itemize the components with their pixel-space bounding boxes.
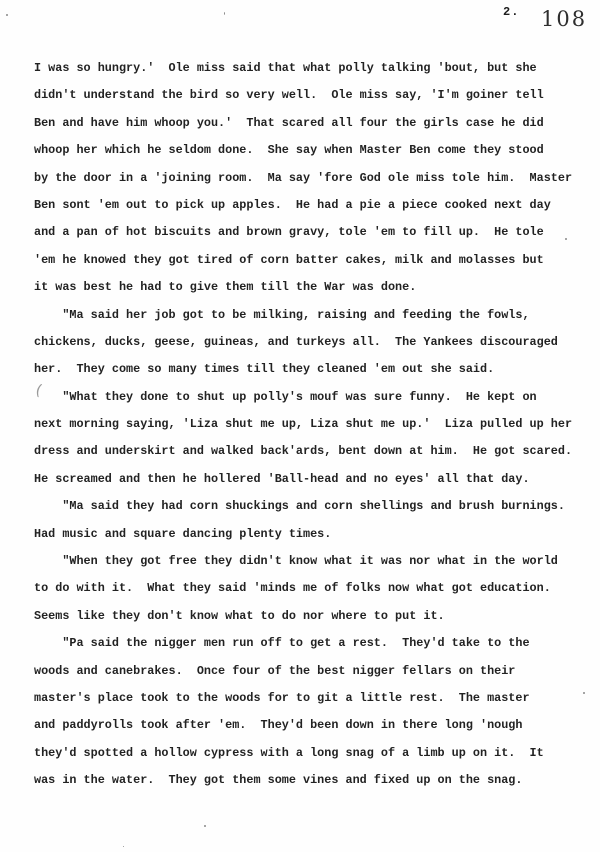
paper-speck bbox=[123, 846, 124, 847]
text-line: whoop her which he seldom done. She say … bbox=[34, 137, 594, 164]
text-line: chickens, ducks, geese, guineas, and tur… bbox=[34, 329, 594, 356]
paper-speck bbox=[565, 238, 567, 240]
text-line: Ben and have him whoop you.' That scared… bbox=[34, 110, 594, 137]
folio-stamp-number: 108 bbox=[541, 7, 587, 31]
text-line: Ben sont 'em out to pick up apples. He h… bbox=[34, 192, 594, 219]
text-line: was in the water. They got them some vin… bbox=[34, 767, 594, 794]
text-line: master's place took to the woods for to … bbox=[34, 685, 594, 712]
text-line: "When they got free they didn't know wha… bbox=[34, 548, 594, 575]
text-line: 'em he knowed they got tired of corn bat… bbox=[34, 247, 594, 274]
text-line: "Pa said the nigger men run off to get a… bbox=[34, 630, 594, 657]
paper-speck bbox=[224, 12, 225, 15]
text-line: didn't understand the bird so very well.… bbox=[34, 82, 594, 109]
text-line: they'd spotted a hollow cypress with a l… bbox=[34, 740, 594, 767]
text-line: "Ma said they had corn shuckings and cor… bbox=[34, 493, 594, 520]
text-line: "Ma said her job got to be milking, rais… bbox=[34, 302, 594, 329]
text-line: I was so hungry.' Ole miss said that wha… bbox=[34, 55, 594, 82]
typewritten-text: I was so hungry.' Ole miss said that wha… bbox=[34, 55, 594, 795]
text-line: her. They come so many times till they c… bbox=[34, 356, 594, 383]
text-line: Had music and square dancing plenty time… bbox=[34, 521, 594, 548]
text-line: and a pan of hot biscuits and brown grav… bbox=[34, 219, 594, 246]
document-page: 2. 108 I was so hungry.' Ole miss said t… bbox=[0, 0, 600, 852]
text-line: dress and underskirt and walked back'ard… bbox=[34, 438, 594, 465]
text-line: woods and canebrakes. Once four of the b… bbox=[34, 658, 594, 685]
text-line: and paddyrolls took after 'em. They'd be… bbox=[34, 712, 594, 739]
text-line: Seems like they don't know what to do no… bbox=[34, 603, 594, 630]
paper-speck bbox=[532, 563, 533, 565]
text-line: by the door in a 'joining room. Ma say '… bbox=[34, 165, 594, 192]
page-number: 2. bbox=[503, 5, 519, 19]
paper-speck bbox=[583, 692, 585, 694]
text-line: He screamed and then he hollered 'Ball-h… bbox=[34, 466, 594, 493]
text-line: it was best he had to give them till the… bbox=[34, 274, 594, 301]
paper-speck bbox=[204, 825, 206, 827]
text-line: next morning saying, 'Liza shut me up, L… bbox=[34, 411, 594, 438]
paper-speck bbox=[6, 14, 8, 16]
text-line: "What they done to shut up polly's mouf … bbox=[34, 384, 594, 411]
text-line: to do with it. What they said 'minds me … bbox=[34, 575, 594, 602]
